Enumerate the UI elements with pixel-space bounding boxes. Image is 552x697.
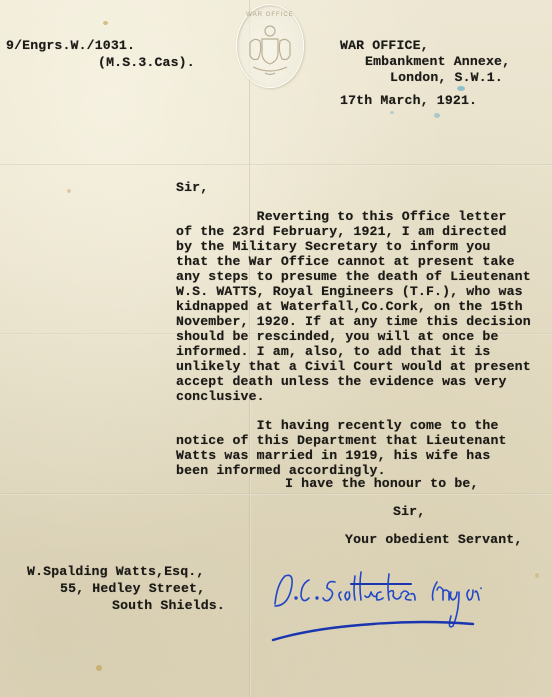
closing-line-2: Sir, xyxy=(393,504,425,519)
body-line: kidnapped at Waterfall,Co.Cork, on the 1… xyxy=(176,299,523,314)
body-line: It having recently come to the xyxy=(176,418,499,433)
body-line: notice of this Department that Lieutenan… xyxy=(176,433,507,448)
paper-stain xyxy=(96,665,102,671)
body-line: Reverting to this Office letter xyxy=(176,209,507,224)
body-line: November, 1920. If at any time this deci… xyxy=(176,314,531,329)
body-line: of the 23rd February, 1921, I am directe… xyxy=(176,224,507,239)
recipient-address-line-2: 55, Hedley Street, xyxy=(60,581,205,596)
recipient-address-line-1: W.Spalding Watts,Esq., xyxy=(27,564,204,579)
closing-line-3: Your obedient Servant, xyxy=(345,532,522,547)
sender-address-line-3: London, S.W.1. xyxy=(390,70,503,85)
letter-page: WAR OFFICE 9/Engrs.W./1031. (M.S.3.Cas).… xyxy=(0,0,552,697)
letter-date: 17th March, 1921. xyxy=(340,93,477,108)
body-line: unlikely that a Civil Court would at pre… xyxy=(176,359,531,374)
sender-address-line-1: WAR OFFICE, xyxy=(340,38,429,53)
reference-line-1: 9/Engrs.W./1031. xyxy=(6,38,135,53)
war-office-embossed-seal: WAR OFFICE xyxy=(236,4,304,88)
horizontal-fold-crease xyxy=(0,493,552,495)
recipient-address-line-3: South Shields. xyxy=(112,598,225,613)
ink-blot xyxy=(390,111,394,114)
coat-of-arms-icon xyxy=(245,21,295,79)
body-line: by the Military Secretary to inform you xyxy=(176,239,491,254)
reference-line-2: (M.S.3.Cas). xyxy=(98,55,195,70)
seal-label: WAR OFFICE xyxy=(237,12,303,18)
body-line: Watts was married in 1919, his wife has xyxy=(176,448,491,463)
paper-stain xyxy=(103,21,108,25)
ink-blot xyxy=(457,86,465,91)
closing-line-1: I have the honour to be, xyxy=(285,476,479,491)
signature-ink-icon xyxy=(265,562,552,652)
salutation: Sir, xyxy=(176,180,208,195)
sender-address-line-2: Embankment Annexe, xyxy=(365,54,510,69)
body-line: that the War Office cannot at present ta… xyxy=(176,254,515,269)
horizontal-fold-crease xyxy=(0,164,552,166)
body-line: accept death unless the evidence was ver… xyxy=(176,374,507,389)
body-line: conclusive. xyxy=(176,389,265,404)
body-line: informed. I am, also, to add that it is xyxy=(176,344,491,359)
handwritten-signature xyxy=(265,562,552,652)
body-line: should be rescinded, you will at once be xyxy=(176,329,499,344)
body-line: any steps to presume the death of Lieute… xyxy=(176,269,531,284)
paper-stain xyxy=(67,189,71,193)
body-line: W.S. WATTS, Royal Engineers (T.F.), who … xyxy=(176,284,523,299)
ink-blot xyxy=(434,113,440,118)
